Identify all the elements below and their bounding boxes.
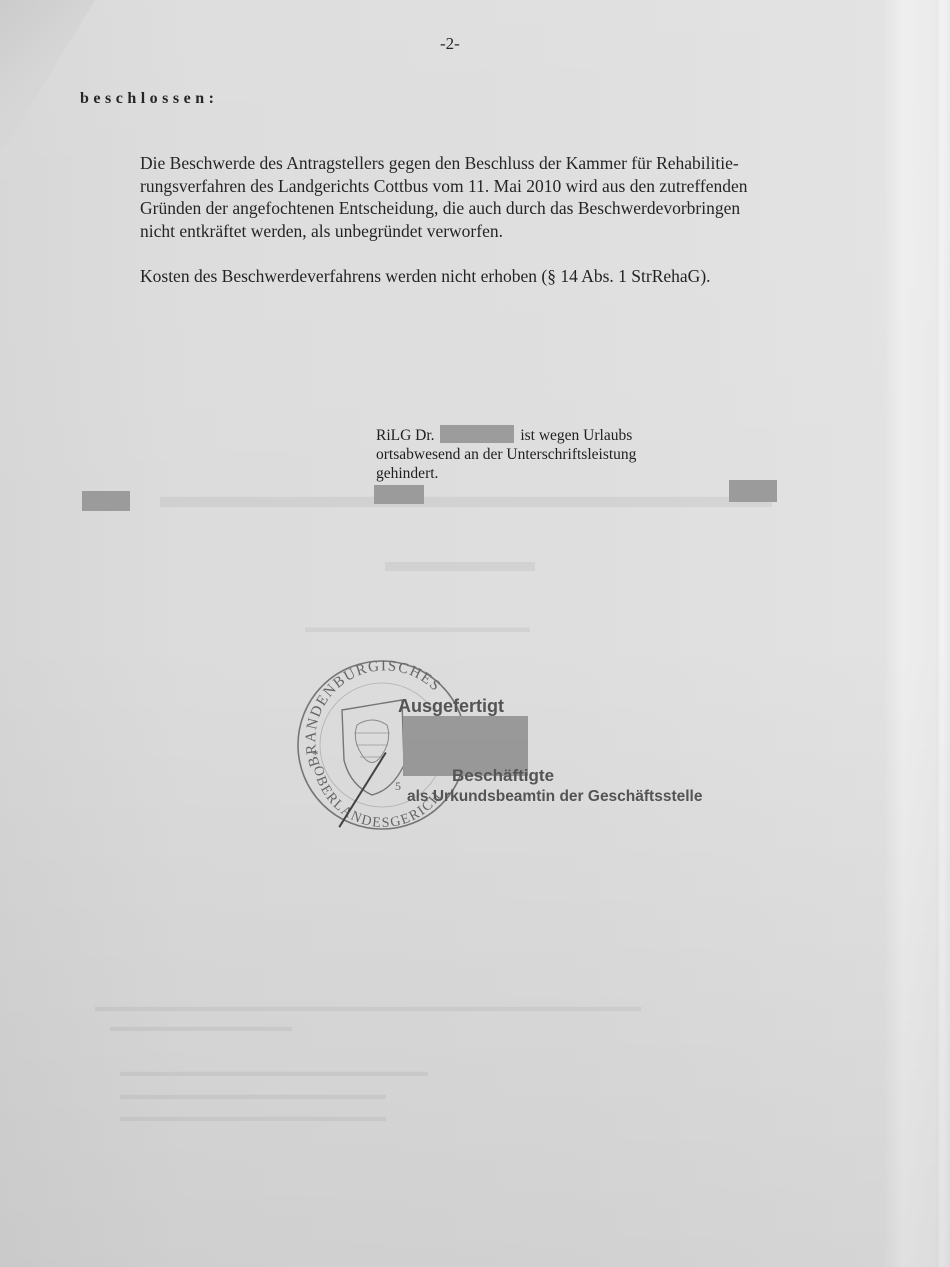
note-line: gehindert.	[376, 464, 636, 483]
note-suffix: ist wegen Urlaubs	[520, 427, 632, 444]
paragraph-line: nicht entkräftet werden, als unbegründet…	[140, 220, 840, 243]
stamp-department: als Urkundsbeamtin der Geschäftsstelle	[407, 788, 702, 806]
redacted-name	[440, 425, 514, 443]
show-through-text: ▬▬▬▬▬▬▬▬▬▬▬▬▬▬▬▬▬▬▬	[120, 1110, 386, 1126]
costs-paragraph: Kosten des Beschwerdeverfahrens werden n…	[140, 265, 840, 288]
show-through-text: ▬▬▬▬▬▬▬▬▬▬▬▬▬▬▬	[305, 620, 530, 637]
show-through-text: ▬▬▬▬▬▬▬▬▬▬▬▬▬▬▬▬▬▬▬	[120, 1088, 386, 1104]
redacted-signature-left	[82, 491, 130, 511]
paragraph-line: rungsverfahren des Landgerichts Cottbus …	[140, 175, 840, 198]
ruling-heading: beschlossen:	[80, 90, 218, 108]
stamp-role: Beschäftigte	[452, 766, 554, 786]
show-through-text: ▬▬▬▬▬▬▬▬▬▬▬▬▬	[110, 1020, 292, 1036]
note-prefix: RiLG Dr.	[376, 427, 435, 444]
page-fold-corner	[0, 0, 110, 150]
page-number: -2-	[440, 34, 460, 54]
show-through-text: ▬▬▬▬▬▬▬▬▬▬▬▬▬▬▬▬▬▬▬▬▬▬▬▬▬▬▬▬▬▬▬▬▬▬▬▬▬▬▬	[95, 1000, 641, 1016]
paragraph-line: Gründen der angefochtenen Entscheidung, …	[140, 197, 840, 220]
paragraph-line: Die Beschwerde des Antragstellers gegen …	[140, 152, 840, 175]
redacted-signature-center	[374, 485, 424, 504]
show-through-text: ▬▬▬▬▬▬▬▬▬▬▬▬▬▬▬▬▬▬	[160, 478, 772, 516]
decision-paragraph: Die Beschwerde des Antragstellers gegen …	[140, 152, 840, 242]
redacted-signature-right	[729, 480, 777, 502]
show-through-text: ▬▬▬▬▬	[385, 545, 535, 579]
paper-edge	[936, 0, 950, 1267]
svg-text:*: *	[312, 747, 319, 762]
stamp-title: Ausgefertigt	[398, 696, 504, 717]
show-through-text: ▬▬▬▬▬▬▬▬▬▬▬▬▬▬▬▬▬▬▬▬▬▬	[120, 1065, 428, 1081]
note-line: ortsabwesend an der Unterschriftsleistun…	[376, 445, 636, 464]
seal-number: 5	[395, 779, 401, 793]
signature-note: RiLG Dr. ist wegen Urlaubs ortsabwesend …	[376, 425, 636, 483]
